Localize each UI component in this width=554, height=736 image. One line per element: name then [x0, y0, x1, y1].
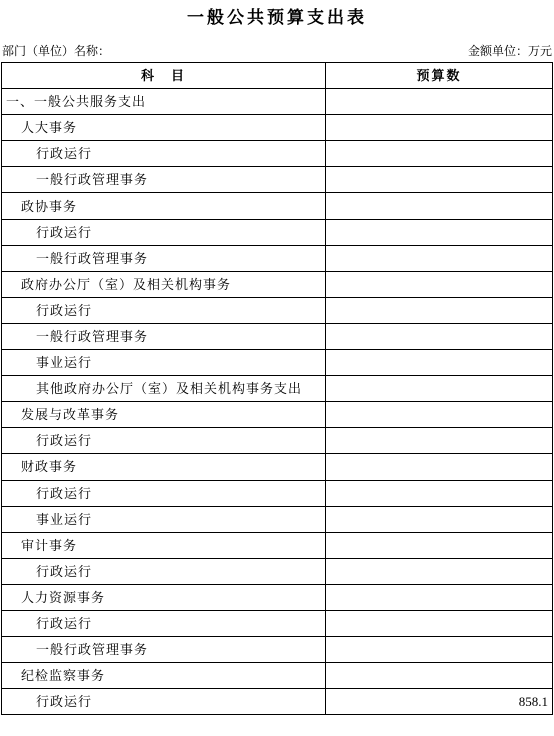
budget-cell: [326, 219, 553, 245]
table-row: 其他政府办公厅（室）及相关机构事务支出: [2, 376, 553, 402]
budget-cell: [326, 271, 553, 297]
subject-cell: 审计事务: [2, 532, 326, 558]
budget-cell: [326, 376, 553, 402]
budget-cell: [326, 115, 553, 141]
subject-cell: 政府办公厅（室）及相关机构事务: [2, 271, 326, 297]
table-row: 一、一般公共服务支出: [2, 89, 553, 115]
subject-cell: 事业运行: [2, 506, 326, 532]
header-row: 科 目 预算数: [2, 63, 553, 89]
subject-cell: 行政运行: [2, 219, 326, 245]
table-header: 科 目 预算数: [2, 63, 553, 89]
amount-unit-label: 金额单位：万元: [468, 44, 552, 58]
budget-cell: [326, 193, 553, 219]
budget-cell: [326, 428, 553, 454]
table-row: 事业运行: [2, 350, 553, 376]
subject-cell: 行政运行: [2, 480, 326, 506]
budget-cell: [326, 610, 553, 636]
budget-cell: [326, 245, 553, 271]
budget-cell: [326, 558, 553, 584]
subject-cell: 纪检监察事务: [2, 663, 326, 689]
subject-cell: 一般行政管理事务: [2, 167, 326, 193]
budget-cell: [326, 663, 553, 689]
subject-cell: 行政运行: [2, 141, 326, 167]
department-name-label: 部门（单位）名称：: [2, 44, 110, 58]
table-row: 一般行政管理事务: [2, 323, 553, 349]
subject-cell: 行政运行: [2, 297, 326, 323]
table-row: 行政运行: [2, 141, 553, 167]
budget-cell: 858.1: [326, 689, 553, 715]
subject-cell: 行政运行: [2, 689, 326, 715]
subject-cell: 人大事务: [2, 115, 326, 141]
table-row: 政府办公厅（室）及相关机构事务: [2, 271, 553, 297]
budget-cell: [326, 89, 553, 115]
budget-cell: [326, 584, 553, 610]
budget-table: 科 目 预算数 一、一般公共服务支出人大事务行政运行一般行政管理事务政协事务行政…: [1, 62, 553, 715]
budget-cell: [326, 323, 553, 349]
subject-cell: 人力资源事务: [2, 584, 326, 610]
subject-cell: 财政事务: [2, 454, 326, 480]
table-row: 行政运行: [2, 558, 553, 584]
table-row: 人力资源事务: [2, 584, 553, 610]
table-row: 人大事务: [2, 115, 553, 141]
table-row: 行政运行: [2, 480, 553, 506]
subject-cell: 行政运行: [2, 428, 326, 454]
table-row: 纪检监察事务: [2, 663, 553, 689]
table-row: 发展与改革事务: [2, 402, 553, 428]
budget-cell: [326, 141, 553, 167]
table-row: 财政事务: [2, 454, 553, 480]
table-row: 行政运行858.1: [2, 689, 553, 715]
table-row: 一般行政管理事务: [2, 167, 553, 193]
subject-cell: 一般行政管理事务: [2, 323, 326, 349]
table-row: 行政运行: [2, 297, 553, 323]
table-row: 行政运行: [2, 428, 553, 454]
subject-cell: 一般行政管理事务: [2, 637, 326, 663]
subject-cell: 行政运行: [2, 610, 326, 636]
page-title: 一般公共预算支出表: [0, 8, 554, 27]
budget-cell: [326, 506, 553, 532]
budget-cell: [326, 454, 553, 480]
table-body: 一、一般公共服务支出人大事务行政运行一般行政管理事务政协事务行政运行一般行政管理…: [2, 89, 553, 715]
table-row: 行政运行: [2, 219, 553, 245]
table-row: 一般行政管理事务: [2, 245, 553, 271]
budget-cell: [326, 402, 553, 428]
subject-cell: 事业运行: [2, 350, 326, 376]
subject-cell: 政协事务: [2, 193, 326, 219]
subject-cell: 行政运行: [2, 558, 326, 584]
budget-cell: [326, 532, 553, 558]
column-header-subject: 科 目: [2, 63, 326, 89]
subject-cell: 一、一般公共服务支出: [2, 89, 326, 115]
table-row: 政协事务: [2, 193, 553, 219]
budget-cell: [326, 350, 553, 376]
meta-row: 部门（单位）名称： 金额单位：万元: [2, 44, 552, 58]
subject-cell: 发展与改革事务: [2, 402, 326, 428]
table-row: 事业运行: [2, 506, 553, 532]
budget-cell: [326, 480, 553, 506]
budget-cell: [326, 297, 553, 323]
subject-cell: 一般行政管理事务: [2, 245, 326, 271]
table-row: 行政运行: [2, 610, 553, 636]
table-row: 一般行政管理事务: [2, 637, 553, 663]
subject-cell: 其他政府办公厅（室）及相关机构事务支出: [2, 376, 326, 402]
column-header-budget: 预算数: [326, 63, 553, 89]
budget-cell: [326, 637, 553, 663]
table-row: 审计事务: [2, 532, 553, 558]
budget-cell: [326, 167, 553, 193]
